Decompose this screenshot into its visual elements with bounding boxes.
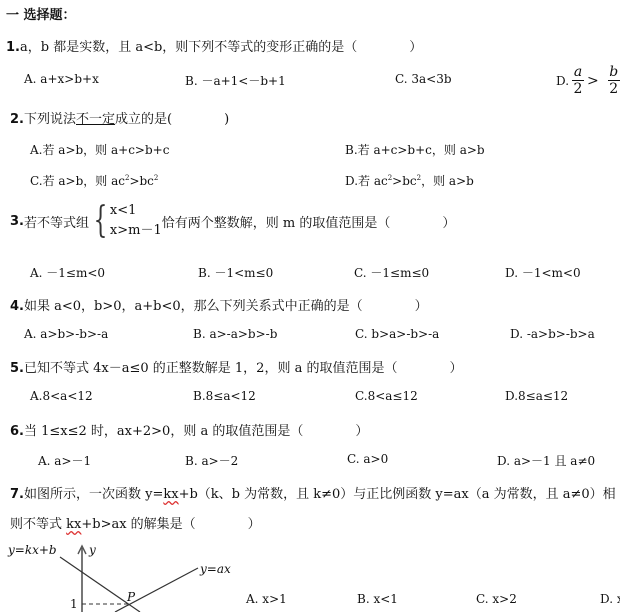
q7-option-a[interactable]: A. x>1: [246, 592, 287, 606]
question-4-stem: 4.如果 a<0，b>0，a+b<0，那么下列关系式中正确的是（ ）: [10, 295, 428, 314]
spellcheck-underline: kx: [66, 517, 81, 532]
question-text: 若不等式组: [24, 212, 89, 231]
operator: >: [587, 73, 599, 89]
q2-option-c[interactable]: C.若 a>b，则 ac2>bc2: [30, 172, 158, 189]
question-number: 7.: [10, 487, 24, 502]
question-7-stem-line-2: 则不等式 kx+b>ax 的解集是（ ）: [10, 513, 261, 532]
question-text: 成立的是( ): [115, 112, 229, 127]
q6-option-c[interactable]: C. a>0: [347, 452, 388, 466]
q1-option-b[interactable]: B. －a+1<－b+1: [185, 72, 286, 89]
q7-option-d[interactable]: D. x: [600, 592, 620, 606]
question-6-stem: 6.当 1≤x≤2 时，ax+2>0，则 a 的取值范围是（ ）: [10, 420, 368, 439]
q7-option-b[interactable]: B. x<1: [357, 592, 398, 606]
question-text: a，b 都是实数，且 a<b，则下列不等式的变形正确的是（ ）: [20, 40, 422, 55]
y-axis-label: y: [89, 543, 96, 557]
q1-option-c[interactable]: C. 3a<3b: [395, 72, 452, 86]
q6-option-b[interactable]: B. a>－2: [185, 452, 238, 469]
q3-option-b[interactable]: B. －1<m≤0: [198, 264, 273, 281]
question-5-stem: 5.已知不等式 4x－a≤0 的正整数解是 1，2，则 a 的取值范围是（ ）: [10, 357, 462, 376]
brace-icon: {: [94, 203, 108, 239]
q4-option-b[interactable]: B. a>-a>b>-b: [193, 327, 277, 341]
question-number: 3.: [10, 214, 24, 229]
underlined-emphasis: 不一定: [76, 112, 115, 127]
q1-option-d[interactable]: D. a2 > b2: [556, 64, 620, 97]
option-letter: D.: [556, 74, 569, 88]
q2-option-a[interactable]: A.若 a>b，则 a+c>b+c: [30, 141, 169, 158]
q2-option-d[interactable]: D.若 ac2>bc2，则 a>b: [345, 172, 474, 189]
line2-label: y=ax: [200, 562, 231, 576]
question-number: 6.: [10, 424, 24, 439]
q4-option-c[interactable]: C. b>a>-b>-a: [355, 327, 439, 341]
question-text: 已知不等式 4x－a≤0 的正整数解是 1，2，则 a 的取值范围是（ ）: [24, 361, 462, 376]
question-number: 2.: [10, 112, 24, 127]
q5-option-a[interactable]: A.8<a<12: [30, 389, 93, 403]
question-7-stem-line-1: 7.如图所示，一次函数 y=kx+b（k、b 为常数，且 k≠0）与正比例函数 …: [10, 483, 616, 502]
fraction-a-over-2: a2: [572, 64, 584, 97]
point-label: P: [127, 590, 135, 604]
q5-option-c[interactable]: C.8<a≤12: [355, 389, 418, 403]
question-number: 1.: [6, 40, 20, 55]
question-text: 如果 a<0，b>0，a+b<0，那么下列关系式中正确的是（ ）: [24, 299, 428, 314]
section-title: 一 选择题：: [6, 4, 76, 23]
q3-option-a[interactable]: A. －1≤m<0: [30, 264, 105, 281]
function-graph: y=kx+b y y=ax P 1: [0, 540, 240, 612]
inequality-system: { x<1 x>m－1: [89, 201, 162, 241]
fraction-b-over-2: b2: [608, 64, 620, 97]
q3-option-c[interactable]: C. －1≤m≤0: [354, 264, 429, 281]
tick-label: 1: [70, 597, 78, 611]
q7-option-c[interactable]: C. x>2: [476, 592, 517, 606]
question-text: 当 1≤x≤2 时，ax+2>0，则 a 的取值范围是（ ）: [24, 424, 368, 439]
question-number: 4.: [10, 299, 24, 314]
spellcheck-underline: kx: [163, 487, 178, 502]
q6-option-a[interactable]: A. a>－1: [38, 452, 91, 469]
question-3-stem: 3.若不等式组 { x<1 x>m－1 恰有两个整数解，则 m 的取值范围是（ …: [10, 201, 455, 241]
question-text: 下列说法: [24, 112, 76, 127]
system-line-2: x>m－1: [110, 221, 162, 241]
question-text: 恰有两个整数解，则 m 的取值范围是（ ）: [162, 212, 456, 231]
q3-option-d[interactable]: D. －1<m<0: [505, 264, 581, 281]
system-line-1: x<1: [110, 201, 162, 221]
question-1-stem: 1.a，b 都是实数，且 a<b，则下列不等式的变形正确的是（ ）: [6, 36, 422, 55]
question-number: 5.: [10, 361, 24, 376]
q4-option-a[interactable]: A. a>b>-b>-a: [24, 327, 108, 341]
line1-label: y=kx+b: [8, 543, 57, 557]
q6-option-d[interactable]: D. a>－1 且 a≠0: [497, 452, 595, 469]
question-2-stem: 2.下列说法不一定成立的是( ): [10, 108, 229, 127]
q1-option-a[interactable]: A. a+x>b+x: [24, 72, 99, 86]
q5-option-b[interactable]: B.8≤a<12: [193, 389, 256, 403]
q5-option-d[interactable]: D.8≤a≤12: [505, 389, 568, 403]
q4-option-d[interactable]: D. -a>b>-b>a: [510, 327, 595, 341]
q2-option-b[interactable]: B.若 a+c>b+c，则 a>b: [345, 141, 485, 158]
